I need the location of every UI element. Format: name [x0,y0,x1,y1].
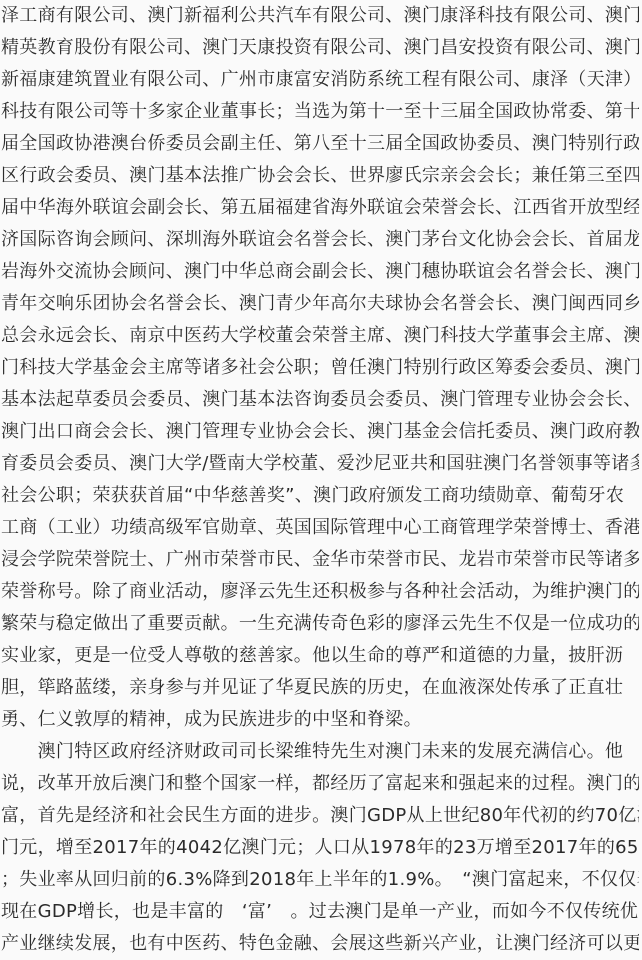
text-line: 总会永远会长、南京中医药大学校董会荣誉主席、澳门科技大学董事会主席、澳 [1,320,639,352]
text-line: 届全国政协港澳台侨委员会副主任、第八至十三届全国政协委员、澳门特别行政 [1,128,639,160]
text-line: 澳门特区政府经济财政司司长梁维特先生对澳门未来的发展充满信心。他 [1,736,639,768]
text-line: 基本法起草委员会委员、澳门基本法咨询委员会委员、澳门管理专业协会会长、 [1,384,639,416]
text-line: 济国际咨询会顾问、深圳海外联谊会名誉会长、澳门茅台文化协会会长、首届龙 [1,224,639,256]
text-line: 繁荣与稳定做出了重要贡献。一生充满传奇色彩的廖泽云先生不仅是一位成功的 [1,608,639,640]
text-line: 门元，增至2017年的4042亿澳门元；人口从1978年的23万增至2017年的… [1,832,639,864]
text-line: 产业继续发展，也有中医药、特色金融、会展这些新兴产业，让澳门经济可以更 [1,928,639,960]
text-line: 工商（工业）功绩高级军官勋章、英国国际管理中心工商管理学荣誉博士、香港 [1,512,639,544]
text-line: 富，首先是经济和社会民生方面的进步。澳门GDP从上世纪80年代初的约70亿澳 [1,800,639,832]
text-line: 泽工商有限公司、澳门新福利公共汽车有限公司、澳门康泽科技有限公司、澳门 [1,0,639,32]
text-line: 育委员会委员、澳门大学/暨南大学校董、爱沙尼亚共和国驻澳门名誉领事等诸多 [1,448,639,480]
text-line: 门科技大学基金会主席等诸多社会公职；曾任澳门特别行政区筹委会委员、澳门 [1,352,639,384]
text-line: 胆，筚路蓝缕，亲身参与并见证了华夏民族的历史，在血液深处传承了正直壮 [1,672,639,704]
text-line: 浸会学院荣誉院士、广州市荣誉市民、金华市荣誉市民、龙岩市荣誉市民等诸多 [1,544,639,576]
text-line: 届中华海外联谊会副会长、第五届福建省海外联谊会荣誉会长、江西省开放型经 [1,192,639,224]
text-line: 精英教育股份有限公司、澳门天康投资有限公司、澳门昌安投资有限公司、澳门 [1,32,639,64]
text-line: 勇、仁义敦厚的精神，成为民族进步的中坚和脊梁。 [1,704,639,736]
text-line: 科技有限公司等十多家企业董事长；当选为第十一至十三届全国政协常委、第十 [1,96,639,128]
text-line: ；失业率从回归前的6.3%降到2018年上半年的1.9%。 “澳门富起来，不仅仅… [1,864,639,896]
text-line: 现在GDP增长，也是丰富的 ‘富’ 。过去澳门是单一产业，而如今不仅传统优势 [1,896,639,928]
text-line: 新福康建筑置业有限公司、广州市康富安消防系统工程有限公司、康泽（天津） [1,64,639,96]
text-line: 青年交响乐团协会名誉会长、澳门青少年高尔夫球协会名誉会长、澳门闽西同乡 [1,288,639,320]
text-line: 区行政会委员、澳门基本法推广协会会长、世界廖氏宗亲会会长；兼任第三至四 [1,160,639,192]
article-body: 泽工商有限公司、澳门新福利公共汽车有限公司、澳门康泽科技有限公司、澳门精英教育股… [1,0,639,960]
text-line: 岩海外交流协会顾问、澳门中华总商会副会长、澳门穗协联谊会名誉会长、澳门 [1,256,639,288]
article-page: 泽工商有限公司、澳门新福利公共汽车有限公司、澳门康泽科技有限公司、澳门精英教育股… [0,0,640,960]
text-line: 说，改革开放后澳门和整个国家一样，都经历了富起来和强起来的过程。澳门的 [1,768,639,800]
text-line: 荣誉称号。除了商业活动，廖泽云先生还积极参与各种社会活动，为维护澳门的 [1,576,639,608]
text-line: 社会公职；荣获获首届“中华慈善奖”、澳门政府颁发工商功绩勋章、葡萄牙农 [1,480,639,512]
text-line: 实业家，更是一位受人尊敬的慈善家。他以生命的尊严和道德的力量，披肝沥 [1,640,639,672]
text-line: 澳门出口商会会长、澳门管理专业协会会长、澳门基金会信托委员、澳门政府教 [1,416,639,448]
